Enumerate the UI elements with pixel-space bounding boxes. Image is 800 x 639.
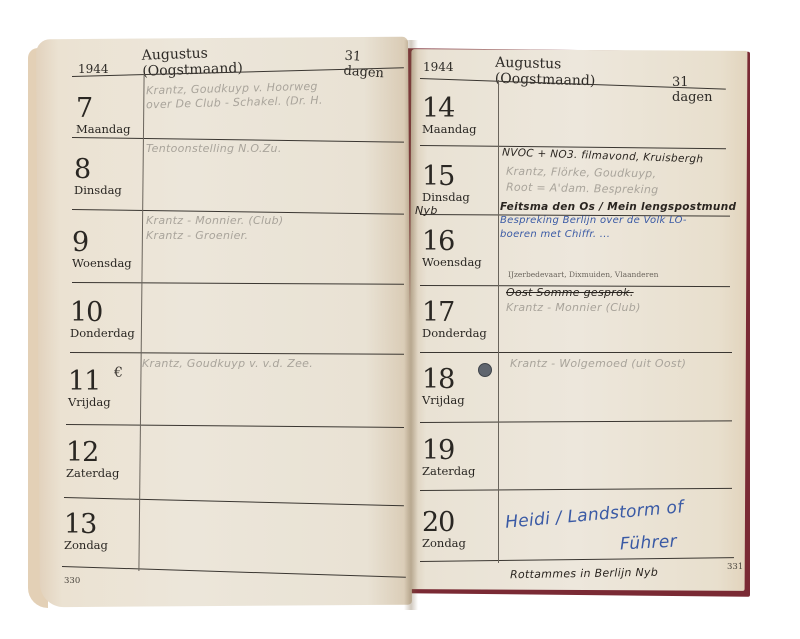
- handwritten-note: Root = A'dam. Bespreking: [506, 181, 659, 197]
- day-entry: 12 Zaterdag: [66, 440, 119, 480]
- header-year: 1944: [423, 60, 454, 74]
- handwritten-note: Krantz, Flörke, Goudkuyp,: [506, 165, 657, 181]
- day-entry: 9 Woensdag: [72, 230, 132, 270]
- day-number: 12: [66, 440, 119, 466]
- handwritten-note: Führer: [620, 532, 678, 555]
- handwritten-note: Krantz - Groenier.: [146, 229, 248, 242]
- day-number: 19: [422, 438, 475, 464]
- day-number: 17: [422, 300, 487, 326]
- weekday-label: Vrijdag: [422, 393, 465, 407]
- day-number: 8: [74, 157, 122, 183]
- handwritten-note: Krantz - Monnier (Club): [506, 301, 641, 314]
- day-entry: 20 Zondag: [422, 510, 466, 550]
- weekday-label: Vrijdag: [68, 395, 111, 409]
- weekday-label: Zaterdag: [422, 464, 475, 478]
- handwritten-note: Krantz, Goudkuyp v. v.d. Zee.: [142, 357, 313, 370]
- weekday-label: Zondag: [422, 536, 466, 550]
- open-diary: 1944 Augustus (Oogstmaand) 31 dagen 7 Ma…: [0, 0, 800, 639]
- weekday-label: Donderdag: [422, 326, 487, 340]
- page-number: 331: [727, 562, 743, 572]
- margin-note: Nyb: [415, 204, 438, 217]
- weekday-label: Maandag: [422, 122, 476, 136]
- day-entry: 8 Dinsdag: [74, 157, 122, 197]
- day-entry: 18 Vrijdag: [422, 367, 465, 407]
- weekday-label: Dinsdag: [74, 183, 122, 197]
- day-entry: 10 Donderdag: [70, 300, 135, 340]
- book-spine: [404, 40, 418, 610]
- day-number: 13: [64, 512, 108, 538]
- day-number: 9: [72, 230, 132, 256]
- weekday-label: Dinsdag: [422, 190, 470, 204]
- handwritten-note: Bespreking Berlijn over de Volk LO-: [500, 215, 687, 226]
- day-entry: 13 Zondag: [64, 512, 108, 552]
- day-entry: 11 Vrijdag: [68, 369, 111, 409]
- day-number: 7: [76, 96, 130, 122]
- day-entry: 19 Zaterdag: [422, 438, 475, 478]
- header-days: 31 dagen: [343, 49, 385, 82]
- day-number: 10: [70, 300, 135, 326]
- handwritten-note: Krantz - Wolgemoed (uit Oost): [510, 357, 686, 370]
- weekday-label: Zaterdag: [66, 466, 119, 480]
- weekday-label: Woensdag: [422, 255, 482, 269]
- moon-phase-icon: €: [114, 365, 123, 381]
- header-year: 1944: [78, 62, 109, 76]
- day-entry: 16 Woensdag: [422, 229, 482, 269]
- day-entry: 17 Donderdag: [422, 300, 487, 340]
- weekday-label: Donderdag: [70, 326, 135, 340]
- day-number: 15: [422, 164, 470, 190]
- day-entry: 15 Dinsdag: [422, 164, 470, 204]
- handwritten-note: Krantz - Monnier. (Club): [146, 214, 283, 227]
- handwritten-note: Tentoonstelling N.O.Zu.: [146, 142, 282, 155]
- day-number: 16: [422, 229, 482, 255]
- day-number: 18: [422, 367, 465, 393]
- handwritten-note: boeren met Chiffr. ...: [500, 229, 610, 240]
- column-divider: [498, 80, 499, 563]
- header-days: 31 dagen: [672, 75, 712, 105]
- day-entry: 7 Maandag: [76, 96, 130, 136]
- struck-note: Oost Somme gesprok.: [506, 286, 634, 299]
- day-number: 14: [422, 96, 476, 122]
- full-moon-icon: [478, 363, 492, 377]
- weekday-label: Woensdag: [72, 256, 132, 270]
- weekday-label: Zondag: [64, 538, 108, 552]
- day-number: 20: [422, 510, 466, 536]
- printed-event: IJzerbedevaart, Dixmuiden, Vlaanderen: [508, 270, 658, 279]
- day-number: 11: [68, 369, 111, 395]
- day-entry: 14 Maandag: [422, 96, 476, 136]
- weekday-label: Maandag: [76, 122, 130, 136]
- divider: [420, 352, 732, 353]
- page-number: 330: [64, 576, 80, 586]
- handwritten-note: Feitsma den Os / Mein lengspostmund: [500, 201, 736, 213]
- footer-note: Rottammes in Berlijn Nyb: [510, 566, 658, 582]
